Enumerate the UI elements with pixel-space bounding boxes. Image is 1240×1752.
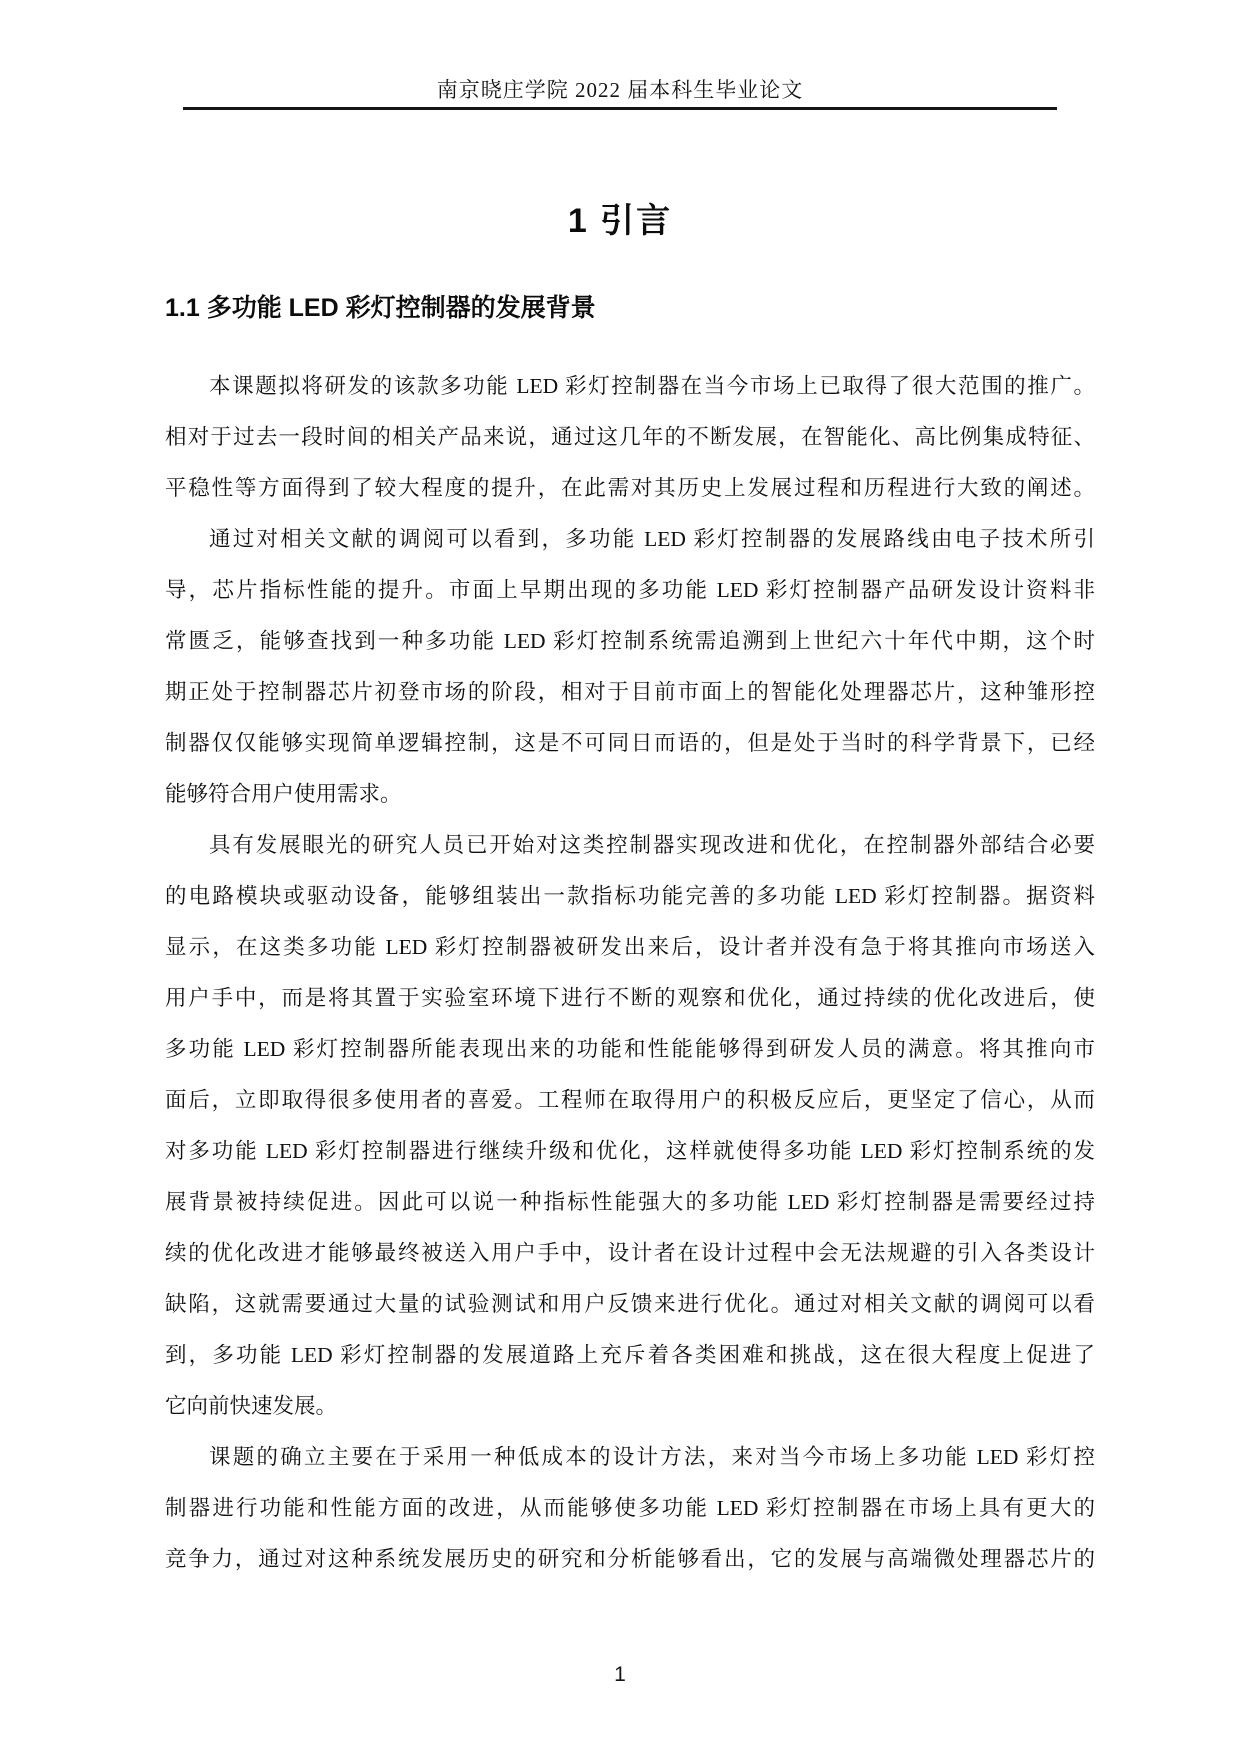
body-text-line: 平稳性等方面得到了较大程度的提升，在此需对其历史上发展过程和历程进行大致的阐述。 [165, 463, 1095, 514]
page-number: 1 [0, 1663, 1240, 1687]
section-heading: 1.1 多功能 LED 彩灯控制器的发展背景 [165, 288, 1095, 324]
body-text-line: 导，芯片指标性能的提升。市面上早期出现的多功能 LED 彩灯控制器产品研发设计资… [165, 565, 1095, 616]
body-text-line: 制器进行功能和性能方面的改进，从而能够使多功能 LED 彩灯控制器在市场上具有更… [165, 1483, 1095, 1534]
header-rule [183, 107, 1057, 110]
body-text-line: 面后，立即取得很多使用者的喜爱。工程师在取得用户的积极反应后，更坚定了信心，从而 [165, 1075, 1095, 1126]
body-text-line: 具有发展眼光的研究人员已开始对这类控制器实现改进和优化，在控制器外部结合必要 [165, 820, 1095, 871]
body-text-line: 它向前快速发展。 [165, 1381, 1095, 1432]
body-text-line: 相对于过去一段时间的相关产品来说，通过这几年的不断发展，在智能化、高比例集成特征… [165, 412, 1095, 463]
body-text-line: 能够符合用户使用需求。 [165, 769, 1095, 820]
body-text-line: 常匮乏，能够查找到一种多功能 LED 彩灯控制系统需追溯到上世纪六十年代中期，这… [165, 616, 1095, 667]
thesis-page: 南京晓庄学院 2022 届本科生毕业论文 1 引言 1.1 多功能 LED 彩灯… [0, 0, 1240, 1752]
body-text-line: 期正处于控制器芯片初登市场的阶段，相对于目前市面上的智能化处理器芯片，这种雏形控 [165, 667, 1095, 718]
body-text-line: 到，多功能 LED 彩灯控制器的发展道路上充斥着各类困难和挑战，这在很大程度上促… [165, 1330, 1095, 1381]
chapter-title: 1 引言 [0, 193, 1240, 242]
body-text: 本课题拟将研发的该款多功能 LED 彩灯控制器在当今市场上已取得了很大范围的推广… [165, 361, 1095, 1585]
body-text-line: 展背景被持续促进。因此可以说一种指标性能强大的多功能 LED 彩灯控制器是需要经… [165, 1177, 1095, 1228]
body-text-line: 续的优化改进才能够最终被送入用户手中，设计者在设计过程中会无法规避的引入各类设计 [165, 1228, 1095, 1279]
body-text-line: 多功能 LED 彩灯控制器所能表现出来的功能和性能能够得到研发人员的满意。将其推… [165, 1024, 1095, 1075]
body-text-line: 用户手中，而是将其置于实验室环境下进行不断的观察和优化，通过持续的优化改进后，使 [165, 973, 1095, 1024]
body-text-line: 通过对相关文献的调阅可以看到，多功能 LED 彩灯控制器的发展路线由电子技术所引 [165, 514, 1095, 565]
body-text-line: 缺陷，这就需要通过大量的试验测试和用户反馈来进行优化。通过对相关文献的调阅可以看 [165, 1279, 1095, 1330]
body-text-line: 课题的确立主要在于采用一种低成本的设计方法，来对当今市场上多功能 LED 彩灯控 [165, 1432, 1095, 1483]
body-text-line: 对多功能 LED 彩灯控制器进行继续升级和优化，这样就使得多功能 LED 彩灯控… [165, 1126, 1095, 1177]
running-head: 南京晓庄学院 2022 届本科生毕业论文 [0, 74, 1240, 104]
body-text-line: 制器仅仅能够实现简单逻辑控制，这是不可同日而语的，但是处于当时的科学背景下，已经 [165, 718, 1095, 769]
body-text-line: 竞争力，通过对这种系统发展历史的研究和分析能够看出，它的发展与高端微处理器芯片的 [165, 1534, 1095, 1585]
body-text-line: 本课题拟将研发的该款多功能 LED 彩灯控制器在当今市场上已取得了很大范围的推广… [165, 361, 1095, 412]
body-text-line: 显示，在这类多功能 LED 彩灯控制器被研发出来后，设计者并没有急于将其推向市场… [165, 922, 1095, 973]
body-text-line: 的电路模块或驱动设备，能够组装出一款指标功能完善的多功能 LED 彩灯控制器。据… [165, 871, 1095, 922]
